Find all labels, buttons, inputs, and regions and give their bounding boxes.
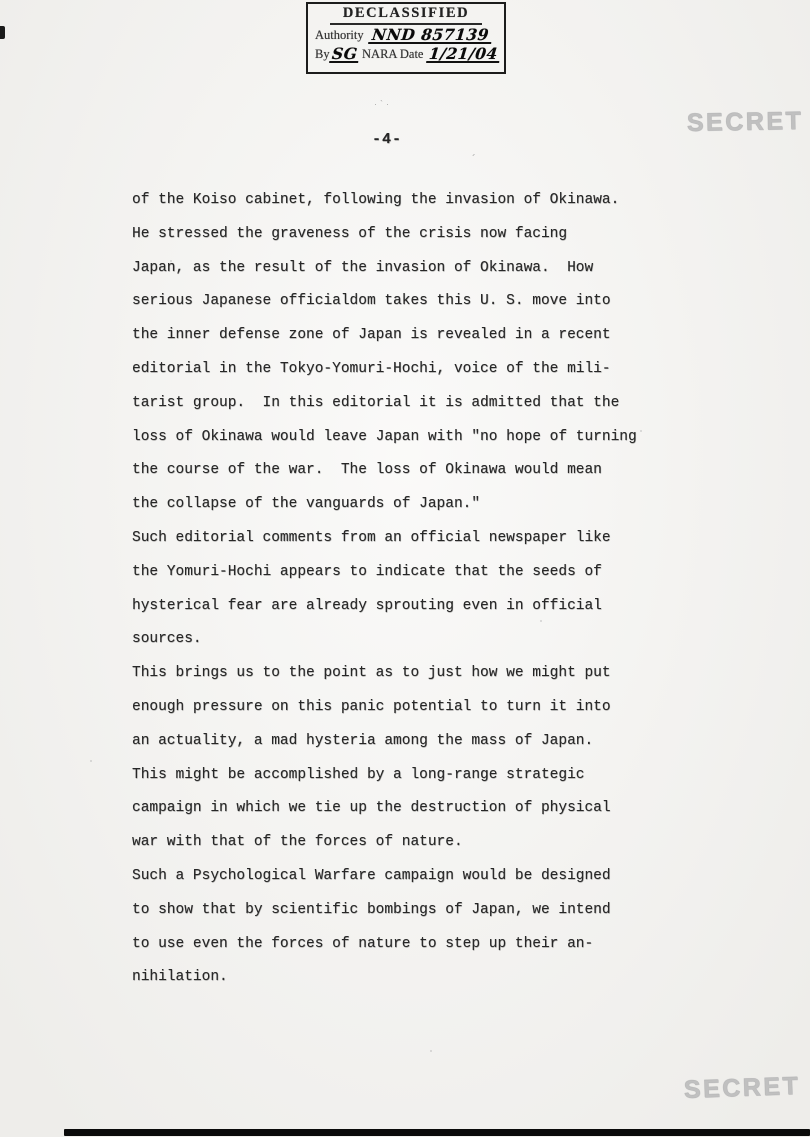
paper-speckle — [430, 1050, 432, 1052]
secret-stamp-bottom: SECRET — [684, 1072, 801, 1105]
scanned-document-page: DECLASSIFIED Authority NND 857139 By SG … — [0, 0, 810, 1137]
text-line: Japan, as the result of the invasion of … — [132, 252, 692, 286]
text-line: tarist group. In this editorial it is ad… — [132, 387, 692, 421]
text-line: war with that of the forces of nature. — [132, 826, 692, 860]
declassification-stamp: DECLASSIFIED Authority NND 857139 By SG … — [306, 2, 506, 74]
paper-speckle — [540, 620, 542, 622]
authority-row: Authority NND 857139 — [315, 27, 497, 44]
text-line: campaign in which we tie up the destruct… — [132, 792, 692, 826]
paper-speckle — [90, 760, 92, 762]
text-line: enough pressure on this panic potential … — [132, 691, 692, 725]
text-line: hysterical fear are already sprouting ev… — [132, 590, 692, 624]
paper-smudge: ·`· — [374, 99, 392, 109]
paper-speckle — [640, 430, 642, 432]
paper-speckle — [300, 905, 302, 907]
text-line: to show that by scientific bombings of J… — [132, 894, 692, 928]
text-line: editorial in the Tokyo-Yomuri-Hochi, voi… — [132, 353, 692, 387]
by-initials: SG — [329, 46, 360, 63]
text-line: loss of Okinawa would leave Japan with "… — [132, 421, 692, 455]
text-line: to use even the forces of nature to step… — [132, 928, 692, 962]
text-line: Such a Psychological Warfare campaign wo… — [132, 860, 692, 894]
text-line: the Yomuri-Hochi appears to indicate tha… — [132, 556, 692, 590]
declassified-title: DECLASSIFIED — [330, 5, 482, 25]
paper-speckle — [170, 260, 172, 262]
text-line: nihilation. — [132, 961, 692, 995]
by-label: By — [315, 47, 330, 63]
authority-number: NND 857139 — [368, 27, 493, 44]
scan-bottom-edge — [64, 1129, 810, 1136]
page-number: -4- — [132, 131, 642, 148]
text-line: an actuality, a mad hysteria among the m… — [132, 725, 692, 759]
by-nara-row: By SG NARA Date 1/21/04 — [315, 46, 497, 63]
text-line: sources. — [132, 623, 692, 657]
nara-date-label: NARA Date — [362, 47, 423, 63]
text-line: the collapse of the vanguards of Japan." — [132, 488, 692, 522]
text-line: This brings us to the point as to just h… — [132, 657, 692, 691]
document-body: of the Koiso cabinet, following the inva… — [132, 184, 692, 995]
authority-label: Authority — [315, 28, 364, 44]
nara-date-value: 1/21/04 — [427, 46, 502, 63]
scan-edge-mark — [0, 26, 5, 39]
text-line: This might be accomplished by a long-ran… — [132, 759, 692, 793]
text-line: of the Koiso cabinet, following the inva… — [132, 184, 692, 218]
text-line: the inner defense zone of Japan is revea… — [132, 319, 692, 353]
text-line: the course of the war. The loss of Okina… — [132, 454, 692, 488]
text-line: Such editorial comments from an official… — [132, 522, 692, 556]
secret-stamp-top: SECRET — [687, 107, 804, 138]
text-line: He stressed the graveness of the crisis … — [132, 218, 692, 252]
text-line: serious Japanese officialdom takes this … — [132, 285, 692, 319]
paper-smudge: ´ — [472, 152, 476, 166]
